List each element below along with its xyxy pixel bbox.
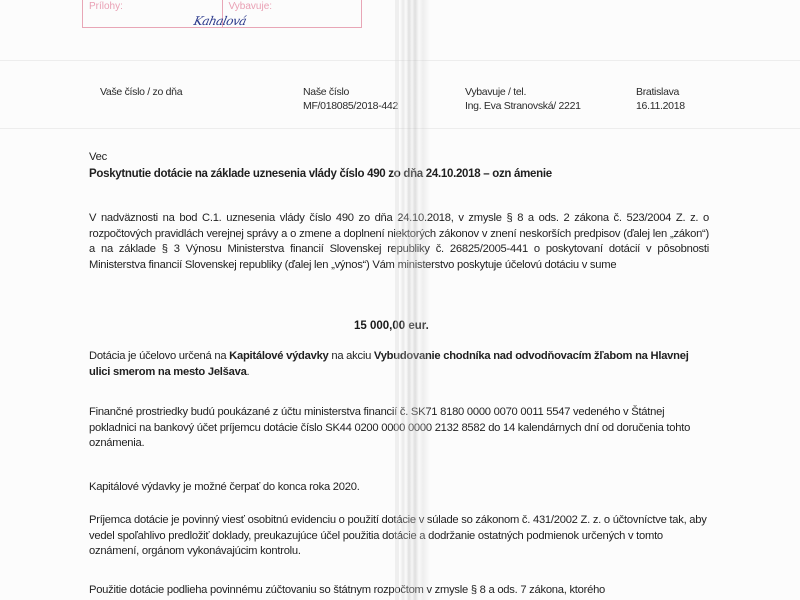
handler-reference: Vybavuje / tel. Ing. Eva Stranovská/ 222… [465,85,581,113]
paragraph-transfer: Finančné prostriedky budú poukázané z úč… [89,405,709,452]
grant-amount: 15 000,00 eur. [354,320,429,332]
scan-line [0,128,800,129]
paragraph-intro: V nadväznosti na bod C.1. uznesenia vlád… [89,211,709,273]
stamp-handler-label: Vybavuje: [229,1,273,12]
scan-streak [400,0,430,600]
purpose-middle: na akciu [329,350,374,362]
our-reference-value: MF/018085/2018-442 [303,99,398,113]
subject-title: Poskytnutie dotácie na základe uznesenia… [89,167,709,183]
our-reference: Naše číslo MF/018085/2018-442 [303,85,398,113]
your-reference-label: Vaše číslo / zo dňa [100,85,182,99]
scan-line [0,60,800,61]
scan-streak [395,0,399,600]
handler-value: Ing. Eva Stranovská/ 2221 [465,99,581,113]
stamp-attachments-label: Prílohy: [89,1,123,12]
scanned-letter-page: Prílohy: Vybavuje: Kahalová Vaše číslo /… [0,0,800,600]
place-and-date: Bratislava 16.11.2018 [636,85,685,113]
purpose-suffix: . [247,366,250,378]
paragraph-deadline: Kapitálové výdavky je možné čerpať do ko… [89,480,709,496]
handwritten-signature: Kahalová [193,14,248,28]
your-reference: Vaše číslo / zo dňa [100,85,182,99]
date: 16.11.2018 [636,99,685,113]
handler-label: Vybavuje / tel. [465,85,581,99]
our-reference-label: Naše číslo [303,85,398,99]
purpose-expense-type: Kapitálové výdavky [229,350,328,362]
purpose-prefix: Dotácia je účelovo určená na [89,350,229,362]
place: Bratislava [636,85,685,99]
paragraph-settlement: Použitie dotácie podlieha povinnému zúčt… [89,583,709,599]
subject-label: Vec [89,150,709,166]
paragraph-purpose: Dotácia je účelovo určená na Kapitálové … [89,349,709,380]
paragraph-records: Príjemca dotácie je povinný viesť osobit… [89,513,709,560]
